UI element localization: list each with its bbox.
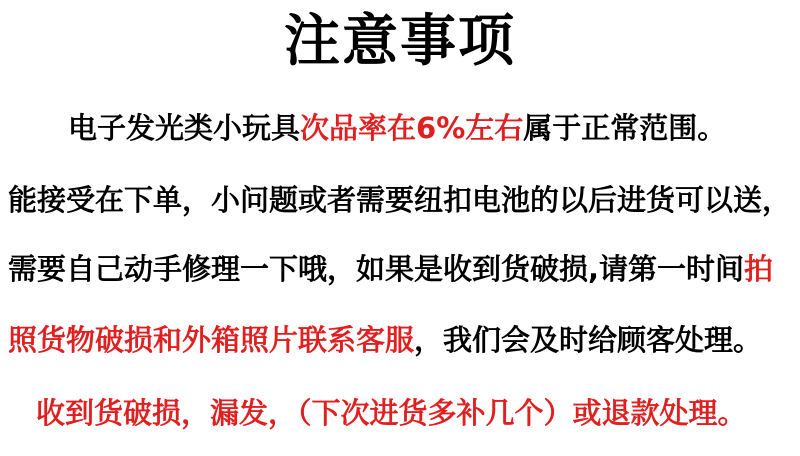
- notice-line-defect-rate: 电子发光类小玩具次品率在6%左右属于正常范围。: [0, 108, 800, 148]
- text-segment: 需要自己动手修理一下哦，如果是收到货破损,请第一时间: [8, 252, 744, 286]
- page-title: 注意事项: [0, 6, 800, 78]
- highlight-segment: 照货物破损和外箱照片联系客服: [8, 323, 414, 357]
- text-segment: 属于正常范围。: [523, 111, 726, 145]
- text-segment: 能接受在下单，小问题或者需要纽扣电池的以后进货可以送，: [8, 183, 791, 217]
- notice-line-refund: 收到货破损，漏发，（下次进货多补几个）或退款处理。: [0, 393, 800, 433]
- highlight-segment: 收到货破损，漏发，（下次进货多补几个）或退款处理。: [36, 396, 747, 430]
- highlight-segment: 拍: [744, 252, 773, 286]
- highlight-segment: 次品率在6%左右: [300, 111, 523, 145]
- notice-line-acceptance: 能接受在下单，小问题或者需要纽扣电池的以后进货可以送，: [0, 180, 800, 220]
- text-segment: ，我们会及时给顾客处理。: [414, 323, 762, 357]
- notice-line-repair: 需要自己动手修理一下哦，如果是收到货破损,请第一时间拍: [0, 249, 800, 289]
- notice-line-contact-service: 照货物破损和外箱照片联系客服，我们会及时给顾客处理。: [0, 320, 800, 360]
- text-segment: 电子发光类小玩具: [68, 111, 300, 145]
